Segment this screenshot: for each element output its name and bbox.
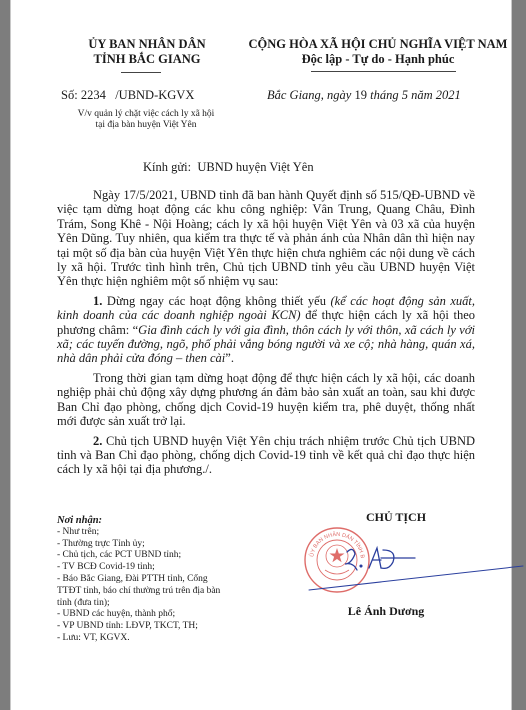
document-number: Số: 2234 /UBND-KGVX [61,88,241,103]
recipient-item: - Như trên; [57,527,232,539]
issuer-underline [121,72,161,73]
recipients-title: Nơi nhận: [57,515,232,527]
signer-title: CHỦ TỊCH [341,510,451,525]
paragraph-production: Trong thời gian tạm dừng hoạt động để th… [57,371,475,429]
recipient-item: - Lưu: VT, KGVX. [57,633,232,645]
paragraph-item-2: 2. Chủ tịch UBND huyện Việt Yên chịu trá… [57,434,475,477]
signer-name: Lê Ánh Dương [311,604,461,619]
document-subject: V/v quản lý chặt việc cách ly xã hội tại… [61,109,231,131]
handwritten-signature-icon [301,530,526,600]
greeting-label: Kính gửi: [143,160,191,174]
greeting-recipient: UBND huyện Việt Yên [197,160,313,174]
paragraph-intro: Ngày 17/5/2021, UBND tỉnh đã ban hành Qu… [57,188,475,289]
recipients-block: Nơi nhận: - Như trên; - Thường trực Tỉnh… [57,515,232,645]
issuer-line1: ỦY BAN NHÂN DÂN [73,37,221,52]
greeting: Kính gửi: UBND huyện Việt Yên [143,160,314,175]
recipient-item: - Chủ tịch, các PCT UBND tỉnh; [57,550,232,562]
nation-underline [311,71,456,72]
document-date: Bắc Giang, ngày 19 tháng 5 năm 2021 [267,88,507,103]
recipient-item: - TV BCĐ Covid-19 tỉnh; [57,562,232,574]
nation-line1: CỘNG HÒA XÃ HỘI CHỦ NGHĨA VIỆT NAM [233,37,523,52]
issuer-block: ỦY BAN NHÂN DÂN TỈNH BẮC GIANG [73,37,221,67]
recipient-item: - Thường trực Tỉnh ủy; [57,539,232,551]
nation-line2: Độc lập - Tự do - Hạnh phúc [233,52,523,67]
document-page: ỦY BAN NHÂN DÂN TỈNH BẮC GIANG CỘNG HÒA … [10,0,512,710]
document-body: Ngày 17/5/2021, UBND tỉnh đã ban hành Qu… [57,188,475,482]
recipient-item: - UBND các huyện, thành phố; [57,609,232,621]
nation-block: CỘNG HÒA XÃ HỘI CHỦ NGHĨA VIỆT NAM Độc l… [233,37,523,67]
recipient-item: - VP UBND tỉnh: LĐVP, TKCT, TH; [57,621,232,633]
issuer-line2: TỈNH BẮC GIANG [73,52,221,67]
paragraph-item-1: 1. Dừng ngay các hoạt động không thiết y… [57,294,475,366]
recipient-item: - Báo Bắc Giang, Đài PTTH tỉnh, Cổng TTĐ… [57,574,232,609]
